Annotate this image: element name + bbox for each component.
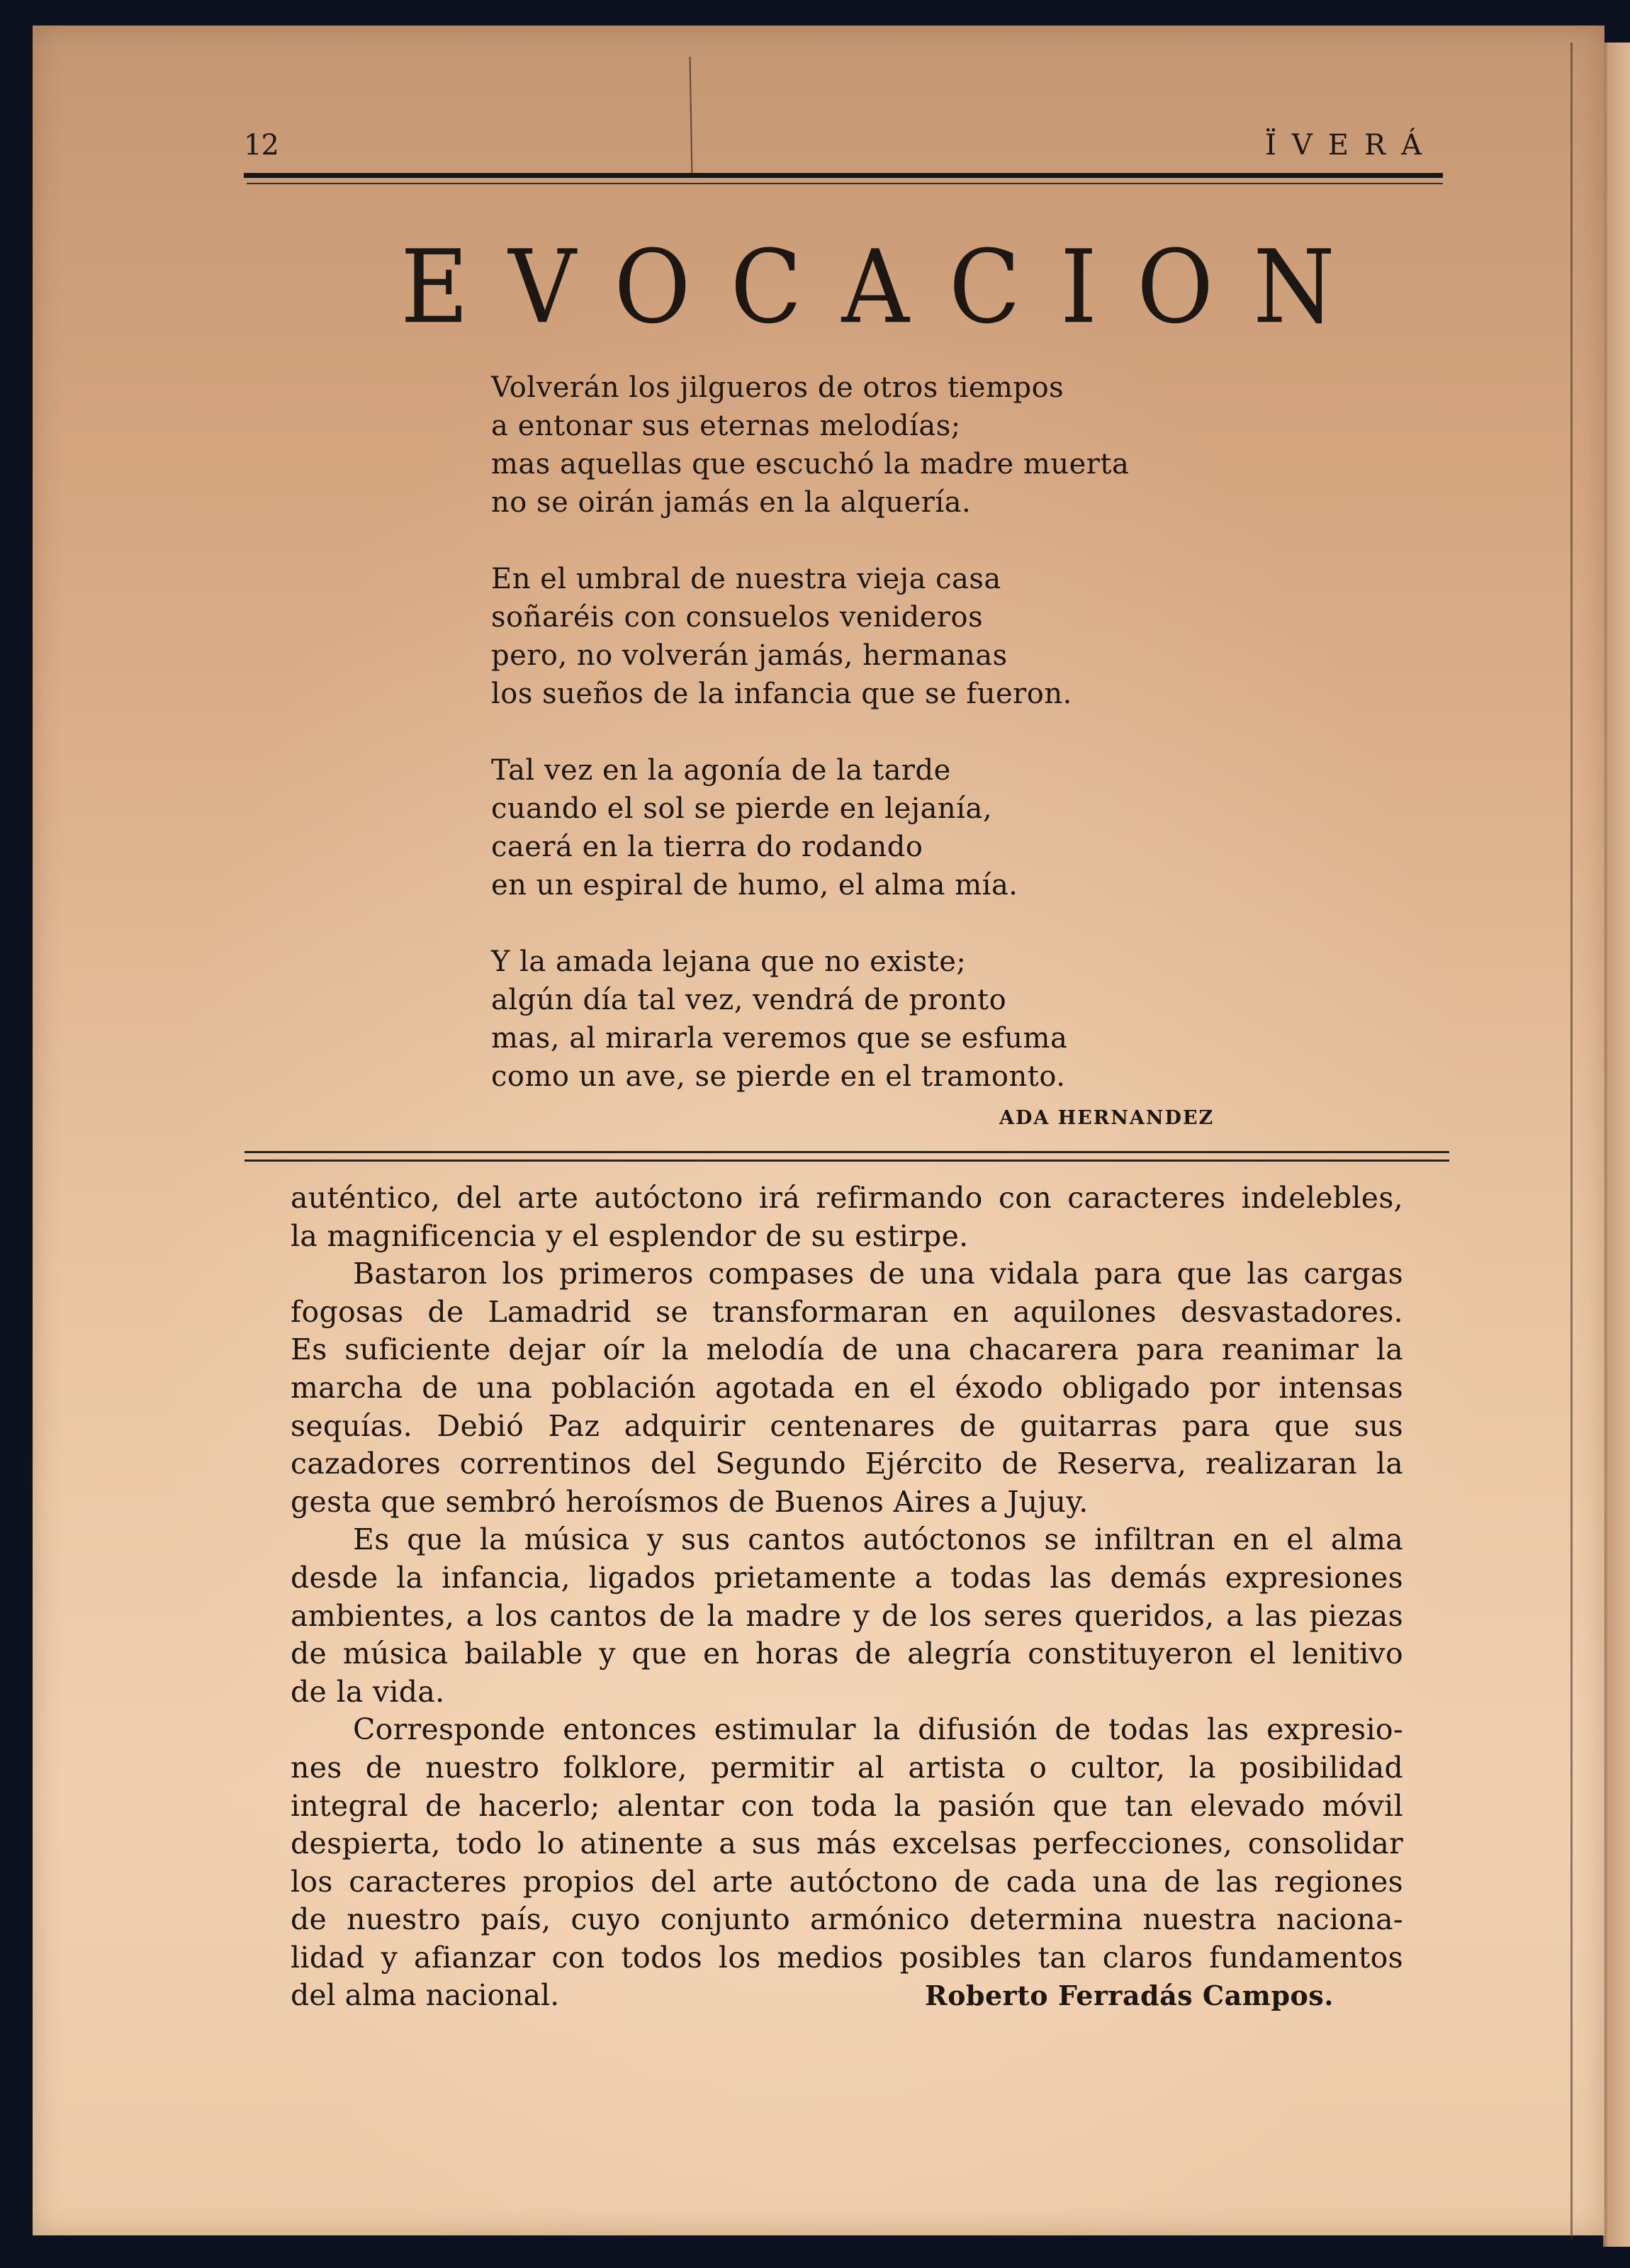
verse-line: los sueños de la infancia que se fueron. [491,675,1271,713]
verse-line: como un ave, se pierde en el tramonto. [491,1057,1271,1096]
text-line: sequías. Debió Paz adquirir centenares d… [291,1408,1403,1446]
stanza: Tal vez en la agonía de la tarde cuando … [491,751,1271,904]
paragraph: Es que la música y sus cantos autóctonos… [291,1521,1403,1711]
verse-line: cuando el sol se pierde en lejanía, [491,790,1271,828]
verse-line: caerá en la tierra do rodando [491,828,1271,866]
verse-line: en un espiral de humo, el alma mía. [491,866,1271,904]
text-line: de música bailable y que en horas de ale… [291,1635,1403,1673]
verse-line: En el umbral de nuestra vieja casa [491,560,1271,598]
verse-line: a entonar sus eternas melodías; [491,407,1271,445]
text-line: integral de hacerlo; alentar con toda la… [291,1787,1403,1826]
next-page-edge [1603,43,1630,2247]
paragraph: auténtico, del arte autóctono irá refirm… [291,1179,1403,1255]
verse-line: mas, al mirarla veremos que se esfuma [491,1019,1271,1057]
verse-line: Volverán los jilgueros de otros tiempos [491,369,1271,407]
running-header: 12 ÏVERÁ [244,128,1443,179]
page-fold-line [1570,43,1573,2240]
article-author: Roberto Ferradás Campos. [925,1977,1334,2015]
text-line: marcha de una población agotada en el éx… [291,1369,1403,1408]
header-rule-thick [244,173,1443,178]
magazine-name: ÏVERÁ [1265,128,1437,163]
verse-line: pero, no volverán jamás, hermanas [491,636,1271,675]
text-line: del alma nacional. [291,1977,559,2015]
paragraph: Corresponde entonces estimular la difusi… [291,1711,1403,1977]
text-line: cazadores correntinos del Segundo Ejérci… [291,1445,1403,1483]
text-line: fogosas de Lamadrid se transformaran en … [291,1293,1403,1332]
article-body: auténtico, del arte autóctono irá refirm… [291,1179,1403,2015]
stanza: Volverán los jilgueros de otros tiempos … [491,369,1271,522]
separator-line-bottom [244,1160,1449,1162]
text-line: desde la infancia, ligados prietamente a… [291,1559,1403,1598]
stanza: En el umbral de nuestra vieja casa soñar… [491,560,1271,713]
text-line: lidad y afianzar con todos los medios po… [291,1939,1403,1977]
text-line: gesta que sembró heroísmos de Buenos Air… [291,1483,1403,1522]
text-line: los caracteres propios del arte autócton… [291,1863,1403,1902]
separator-line-top [244,1151,1449,1153]
text-line: ambientes, a los cantos de la madre y de… [291,1598,1403,1636]
verse-line: Y la amada lejana que no existe; [491,943,1271,981]
text-line: Corresponde entonces estimular la difusi… [291,1711,1403,1749]
verse-line: algún día tal vez, vendrá de pronto [491,981,1271,1019]
stanza: Y la amada lejana que no existe; algún d… [491,943,1271,1096]
verse-line: no se oirán jamás en la alquería. [491,483,1271,522]
text-line: Es que la música y sus cantos autóctonos… [291,1521,1403,1559]
poem-body: Volverán los jilgueros de otros tiempos … [491,369,1271,1134]
text-line: Es suficiente dejar oír la melodía de un… [291,1331,1403,1369]
poem-title: EVOCACION [400,234,1300,341]
paragraph: Bastaron los primeros compases de una vi… [291,1255,1403,1521]
text-line: nes de nuestro folklore, permitir al art… [291,1749,1403,1787]
text-line: auténtico, del arte autóctono irá refirm… [291,1179,1403,1218]
verse-line: mas aquellas que escuchó la madre muerta [491,445,1271,483]
poem-author: ADA HERNANDEZ [999,1107,1214,1129]
text-line: de nuestro país, cuyo conjunto armónico … [291,1901,1403,1939]
text-line: despierta, todo lo atinente a sus más ex… [291,1825,1403,1863]
verse-line: Tal vez en la agonía de la tarde [491,751,1271,790]
header-rule-thin [247,183,1443,184]
closing-line: del alma nacional. Roberto Ferradás Camp… [291,1977,1403,2015]
text-line: Bastaron los primeros compases de una vi… [291,1255,1403,1293]
verse-line: soñaréis con consuelos venideros [491,598,1271,636]
text-line: la magnificencia y el esplendor de su es… [291,1218,1403,1256]
text-line: de la vida. [291,1673,1403,1712]
section-separator [244,1148,1449,1162]
page-number: 12 [244,128,279,163]
